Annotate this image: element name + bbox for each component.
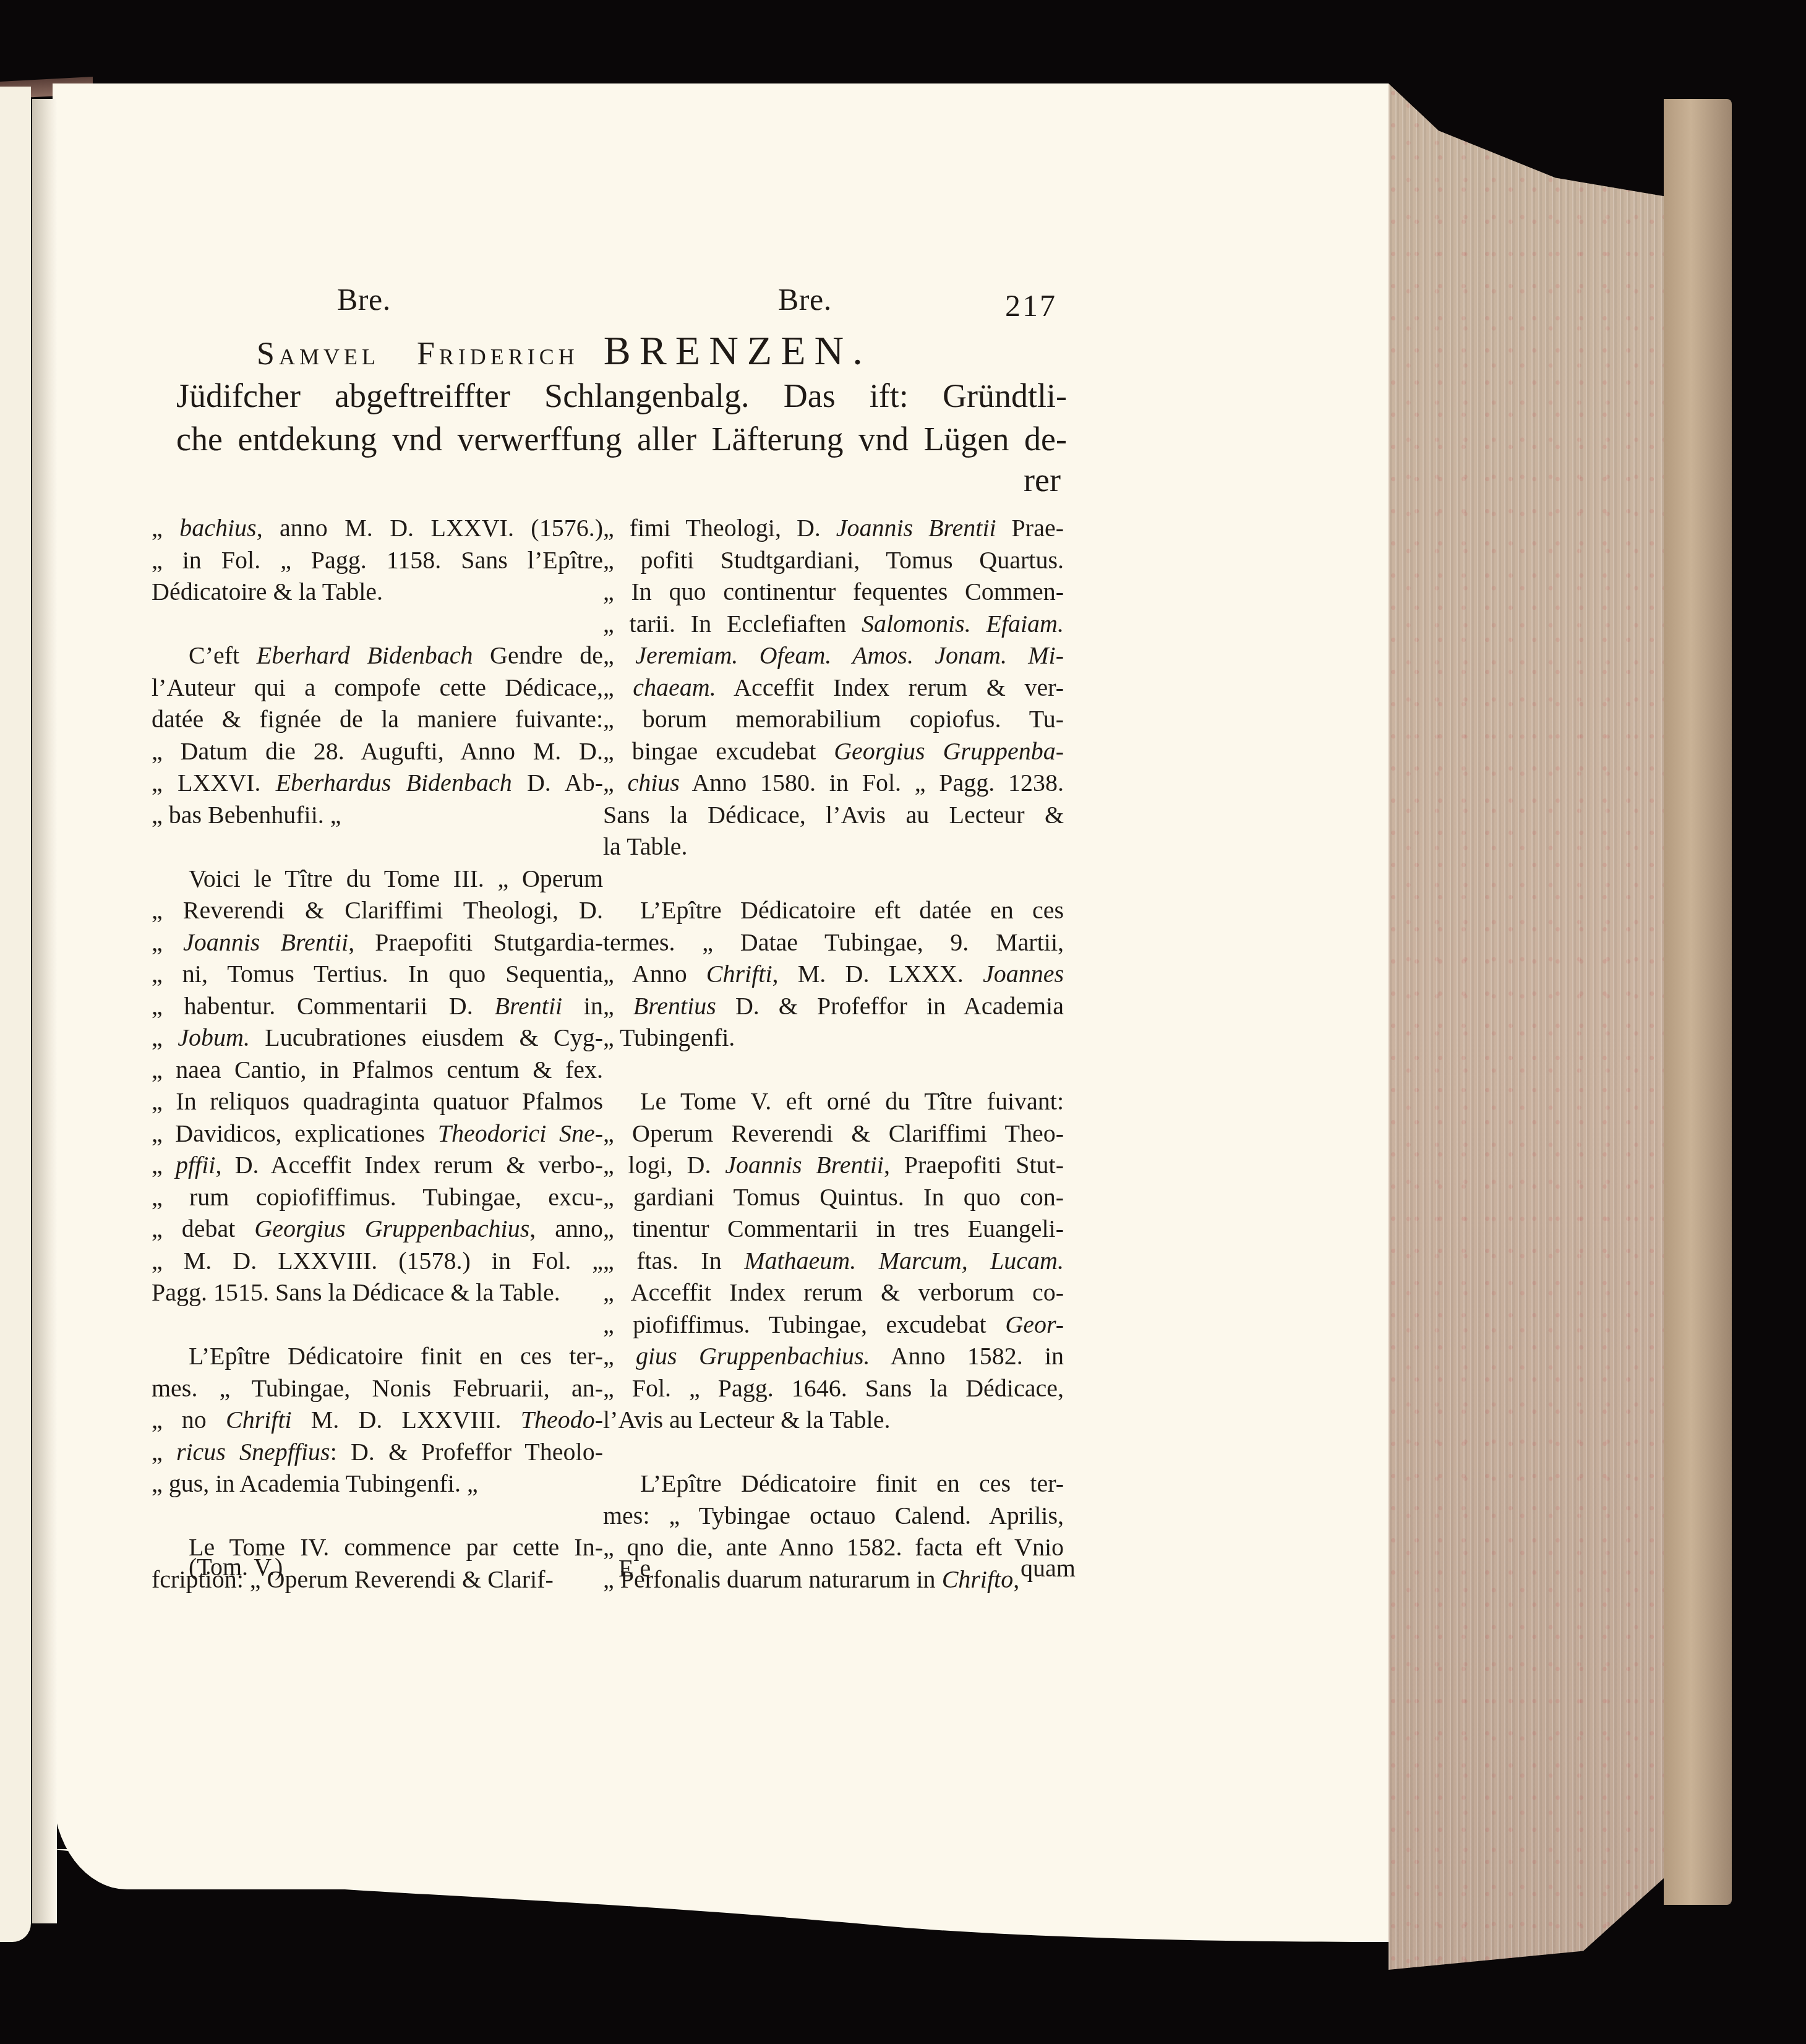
italic-text: Chrifto	[942, 1565, 1014, 1593]
text: „ ftas. In	[603, 1247, 744, 1275]
text: „ piofiffimus. Tubingae, excudebat	[603, 1311, 1005, 1338]
text: „ Datum die 28. Augufti, Anno M. D.	[152, 737, 603, 765]
text: D. Ab-	[512, 769, 603, 797]
work-title-line-3: rer	[1024, 461, 1061, 499]
left-text-line: l’Auteur qui a compofe cette Dédicace,	[152, 672, 603, 704]
text: Gendre de	[473, 641, 603, 669]
text: „	[603, 1342, 636, 1370]
text: ,	[1013, 1565, 1019, 1593]
work-title-line-1: Jüdifcher abgeftreiffter Schlangenbalg. …	[176, 374, 1067, 417]
text: „ Davidicos, explicationes	[152, 1119, 438, 1147]
text: „	[603, 641, 635, 669]
italic-text: Joannis Brentii	[836, 514, 996, 542]
text: „ rum copiofiffimus. Tubingae, excu-	[152, 1183, 603, 1211]
left-text-line: „ In reliquos quadraginta quatuor Pfalmo…	[152, 1085, 603, 1118]
left-text-line: mes. „ Tubingae, Nonis Februarii, an-	[152, 1372, 603, 1405]
italic-text: Jobum.	[178, 1024, 250, 1051]
text: „ Tubingenfi.	[603, 1024, 735, 1051]
left-text-line: „ ni, Tomus Tertius. In quo Sequentia	[152, 958, 603, 990]
right-text-line: „ borum memorabilium copiofus. Tu-	[603, 703, 1064, 735]
text: L’Epître Dédicatoire eft datée en ces	[640, 896, 1064, 924]
right-text-line: „ chius Anno 1580. in Fol. „ Pagg. 1238.	[603, 767, 1064, 799]
text: Le Tome V. eft orné du Tître fuivant:	[640, 1087, 1064, 1115]
text: M. D. LXXVIII.	[292, 1406, 521, 1434]
text: , D. Acceffit Index rerum & verbo-	[215, 1151, 603, 1179]
right-text-line: „ Tubingenfi.	[603, 1022, 1064, 1054]
italic-text: Chrifti	[226, 1406, 292, 1434]
gutter-shadow	[32, 99, 57, 1923]
text: „ Operum Reverendi & Clariffimi Theo-	[603, 1119, 1064, 1147]
text: termes. „ Datae Tubingae, 9. Martii,	[603, 928, 1064, 956]
text: „ logi, D.	[603, 1151, 725, 1179]
left-text-line: Dédicatoire & la Table.	[152, 576, 603, 608]
paragraph-gap	[152, 608, 603, 640]
italic-text: Theodorici Sne-	[438, 1119, 603, 1147]
paragraph-gap	[152, 1500, 603, 1532]
text: „	[603, 769, 628, 797]
text: „ bas Bebenhufii. „	[152, 801, 341, 829]
text: „	[152, 1438, 176, 1466]
left-column: „ bachius, anno M. D. LXXVI. (1576.)„ in…	[152, 512, 603, 1595]
italic-text: gius Gruppenbachius.	[636, 1342, 870, 1370]
italic-text: Jeremiam. Ofeam. Amos. Jonam. Mi-	[635, 641, 1064, 669]
left-text-line: „ rum copiofiffimus. Tubingae, excu-	[152, 1181, 603, 1213]
right-text-line: „ In quo continentur fequentes Commen-	[603, 576, 1064, 608]
left-text-line: „ habentur. Commentarii D. Brentii in	[152, 990, 603, 1022]
left-text-line: „ pffii, D. Acceffit Index rerum & verbo…	[152, 1149, 603, 1181]
text: „	[152, 514, 179, 542]
right-text-line: L’Epître Dédicatoire eft datée en ces	[603, 894, 1064, 926]
right-text-line: „ gardiani Tomus Quintus. In quo con-	[603, 1181, 1064, 1213]
text: „ pofiti Studtgardiani, Tomus Quartus.	[603, 546, 1064, 574]
text: , M. D. LXXX.	[772, 960, 983, 988]
left-text-line: L’Epître Dédicatoire finit en ces ter-	[152, 1340, 603, 1372]
right-text-line: mes: „ Tybingae octauo Calend. Aprilis,	[603, 1500, 1064, 1532]
italic-text: Georgius Gruppenba-	[834, 737, 1064, 765]
right-text-line: „ bingae excudebat Georgius Gruppenba-	[603, 735, 1064, 768]
text: Prae-	[996, 514, 1064, 542]
catchword-right: quam	[1021, 1554, 1076, 1583]
italic-text: ricus Snepffius	[176, 1438, 330, 1466]
text: Acceffit Index rerum & ver-	[716, 673, 1064, 701]
left-text-line: „ Datum die 28. Augufti, Anno M. D.	[152, 735, 603, 768]
right-text-line: „ logi, D. Joannis Brentii, Praepofiti S…	[603, 1149, 1064, 1181]
left-text-line: „ Jobum. Lucubrationes eiusdem & Cyg-	[152, 1022, 603, 1054]
author-middle-name: Friderich	[417, 336, 579, 372]
right-text-line: Le Tome V. eft orné du Tître fuivant:	[603, 1085, 1064, 1118]
signature-mark: E e	[618, 1554, 651, 1583]
text: „ in Fol. „ Pagg. 1158. Sans l’Epître	[152, 546, 603, 574]
paragraph-gap	[152, 831, 603, 863]
right-text-line: termes. „ Datae Tubingae, 9. Martii,	[603, 926, 1064, 959]
right-text-line: „ fimi Theologi, D. Joannis Brentii Prae…	[603, 512, 1064, 544]
right-text-line: „ Jeremiam. Ofeam. Amos. Jonam. Mi-	[603, 639, 1064, 672]
italic-text: Eberhard Bidenbach	[257, 641, 473, 669]
left-text-line: „ LXXVI. Eberhardus Bidenbach D. Ab-	[152, 767, 603, 799]
left-text-line: „ Davidicos, explicationes Theodorici Sn…	[152, 1118, 603, 1150]
text: Sans la Dédicace, l’Avis au Lecteur &	[603, 801, 1064, 829]
left-text-line: „ debat Georgius Gruppenbachius, anno	[152, 1213, 603, 1245]
left-text-line: „ naea Cantio, in Pfalmos centum & fex.	[152, 1054, 603, 1086]
italic-text: Eberhardus Bidenbach	[276, 769, 512, 797]
italic-text: Joannes	[983, 960, 1064, 988]
left-text-line: „ bas Bebenhufii. „	[152, 799, 603, 831]
text: „ Acceffit Index rerum & verborum co-	[603, 1278, 1064, 1306]
author-first-name: Samvel	[257, 336, 380, 372]
left-text-line: C’eft Eberhard Bidenbach Gendre de	[152, 639, 603, 672]
italic-text: Theodo-	[521, 1406, 603, 1434]
text: Pagg. 1515. Sans la Dédicace & la Table.	[152, 1278, 560, 1306]
text: in	[562, 992, 603, 1020]
facing-page-edge	[0, 87, 31, 1942]
left-text-line: „ Joannis Brentii, Praepofiti Stutgardia…	[152, 926, 603, 959]
italic-text: Mathaeum. Marcum, Lucam.	[744, 1247, 1064, 1275]
right-text-line: „ tarii. In Ecclefiaften Salomonis. Efai…	[603, 608, 1064, 640]
right-text-line: l’Avis au Lecteur & la Table.	[603, 1404, 1064, 1436]
text: Lucubrationes eiusdem & Cyg-	[250, 1024, 603, 1051]
running-head-left: Bre.	[337, 281, 391, 317]
italic-text: Chrifti	[706, 960, 772, 988]
right-text-line: „ Brentius D. & Profeffor in Academia	[603, 990, 1064, 1022]
italic-text: Georgius Gruppenbachius	[254, 1215, 529, 1242]
italic-text: pffii	[176, 1151, 215, 1179]
text: „ ni, Tomus Tertius. In quo Sequentia	[152, 960, 603, 988]
left-text-line: „ gus, in Academia Tubingenfi. „	[152, 1468, 603, 1500]
text: L’Epître Dédicatoire finit en ces ter-	[189, 1342, 603, 1370]
text: Dédicatoire & la Table.	[152, 578, 383, 605]
text: „ Reverendi & Clariffimi Theologi, D.	[152, 896, 603, 924]
text: l’Avis au Lecteur & la Table.	[603, 1406, 890, 1434]
italic-text: chaeam.	[633, 673, 716, 701]
text: „ no	[152, 1406, 226, 1434]
text: datée & fignée de la maniere fuivante:	[152, 705, 603, 733]
right-text-line: „ piofiffimus. Tubingae, excudebat Geor-	[603, 1309, 1064, 1341]
right-text-line: „ pofiti Studtgardiani, Tomus Quartus.	[603, 544, 1064, 576]
page-number: 217	[1005, 288, 1057, 323]
left-text-line: „ bachius, anno M. D. LXXVI. (1576.)	[152, 512, 603, 544]
entry-title: Samvel Friderich BRENZEN.	[257, 328, 871, 375]
text: Anno 1580. in Fol. „ Pagg. 1238.	[680, 769, 1064, 797]
author-surname: BRENZEN.	[604, 328, 871, 374]
italic-text: Brentius	[633, 992, 716, 1020]
text: „ habentur. Commentarii D.	[152, 992, 495, 1020]
italic-text: Brentii	[495, 992, 563, 1020]
right-text-line: „ tinentur Commentarii in tres Euangeli-	[603, 1213, 1064, 1245]
text: „	[603, 992, 633, 1020]
italic-text: Joannis Brentii	[725, 1151, 884, 1179]
italic-text: bachius	[179, 514, 256, 542]
italic-text: Geor-	[1005, 1311, 1064, 1338]
text: , Praepofiti Stutgardia-	[348, 928, 603, 956]
text: „ gus, in Academia Tubingenfi. „	[152, 1469, 478, 1497]
left-text-line: datée & fignée de la maniere fuivante:	[152, 703, 603, 735]
paragraph-gap	[603, 1054, 1064, 1086]
right-text-line: „ Operum Reverendi & Clariffimi Theo-	[603, 1118, 1064, 1150]
left-text-line: „ Reverendi & Clariffimi Theologi, D.	[152, 894, 603, 926]
italic-text: Salomonis. Efaiam.	[862, 610, 1064, 638]
text: D. & Profeffor in Academia	[716, 992, 1064, 1020]
text: „ In quo continentur fequentes Commen-	[603, 578, 1064, 605]
text: la Table.	[603, 832, 687, 860]
text: mes: „ Tybingae octauo Calend. Aprilis,	[603, 1502, 1064, 1529]
right-text-line: „ ftas. In Mathaeum. Marcum, Lucam.	[603, 1245, 1064, 1277]
paragraph-gap	[603, 863, 1064, 895]
left-text-line: Voici le Tître du Tome III. „ Operum	[152, 863, 603, 895]
text: „ Anno	[603, 960, 706, 988]
italic-text: Joannis Brentii	[183, 928, 348, 956]
right-text-line: „ Acceffit Index rerum & verborum co-	[603, 1276, 1064, 1309]
text: „	[152, 1151, 176, 1179]
right-text-line: „ chaeam. Acceffit Index rerum & ver-	[603, 672, 1064, 704]
right-text-line: „ Perfonalis duarum naturarum in Chrifto…	[603, 1563, 1064, 1596]
right-column: „ fimi Theologi, D. Joannis Brentii Prae…	[603, 512, 1064, 1595]
left-text-line: „ in Fol. „ Pagg. 1158. Sans l’Epître	[152, 544, 603, 576]
text: „ debat	[152, 1215, 254, 1242]
text: „ naea Cantio, in Pfalmos centum & fex.	[152, 1056, 603, 1084]
text: , anno M. D. LXXVI. (1576.)	[257, 514, 603, 542]
right-text-line: „ qno die, ante Anno 1582. facta eft Vni…	[603, 1531, 1064, 1563]
text: „ fimi Theologi, D.	[603, 514, 836, 542]
left-text-line: „ M. D. LXXVIII. (1578.) in Fol. „	[152, 1245, 603, 1277]
catchword-left: (Tom. V.)	[189, 1552, 283, 1581]
page-block-fore-edge	[1389, 83, 1667, 1970]
left-text-line: „ ricus Snepffius: D. & Profeffor Theolo…	[152, 1436, 603, 1468]
text: „ LXXVI.	[152, 769, 276, 797]
page-bottom-edge	[53, 1849, 1389, 1954]
text: „	[603, 673, 633, 701]
text: L’Epître Dédicatoire finit en ces ter-	[640, 1469, 1064, 1497]
right-text-line: „ gius Gruppenbachius. Anno 1582. in	[603, 1340, 1064, 1372]
work-title-line-2: che entdekung vnd verwerffung aller Läft…	[176, 417, 1067, 461]
text: „	[152, 1024, 178, 1051]
text: „ bingae excudebat	[603, 737, 834, 765]
text: „ tarii. In Ecclefiaften	[603, 610, 862, 638]
italic-text: chius	[628, 769, 680, 797]
text: , anno	[529, 1215, 603, 1242]
text: „ M. D. LXXVIII. (1578.) in Fol. „	[152, 1247, 603, 1275]
left-text-line: Pagg. 1515. Sans la Dédicace & la Table.	[152, 1276, 603, 1309]
text: „ In reliquos quadraginta quatuor Pfalmo…	[152, 1087, 603, 1115]
text: : D. & Profeffor Theolo-	[330, 1438, 603, 1466]
right-text-line: „ Anno Chrifti, M. D. LXXX. Joannes	[603, 958, 1064, 990]
text: , Praepofiti Stut-	[884, 1151, 1064, 1179]
text: „ gardiani Tomus Quintus. In quo con-	[603, 1183, 1064, 1211]
right-text-line: Sans la Dédicace, l’Avis au Lecteur &	[603, 799, 1064, 831]
paragraph-gap	[152, 1309, 603, 1341]
right-text-line: „ Fol. „ Pagg. 1646. Sans la Dédicace,	[603, 1372, 1064, 1405]
running-head-center: Bre.	[778, 281, 832, 317]
left-text-line: „ no Chrifti M. D. LXXVIII. Theodo-	[152, 1404, 603, 1436]
text: l’Auteur qui a compofe cette Dédicace,	[152, 673, 603, 701]
text: „ tinentur Commentarii in tres Euangeli-	[603, 1215, 1064, 1242]
paragraph-gap	[603, 1436, 1064, 1468]
text: „ Fol. „ Pagg. 1646. Sans la Dédicace,	[603, 1374, 1064, 1402]
text: „ borum memorabilium copiofus. Tu-	[603, 705, 1064, 733]
book-cover-edge	[1664, 99, 1732, 1905]
text: „	[152, 928, 183, 956]
text: C’eft	[189, 641, 257, 669]
right-text-line: L’Epître Dédicatoire finit en ces ter-	[603, 1468, 1064, 1500]
text: „ Perfonalis duarum naturarum in	[603, 1565, 942, 1593]
right-text-line: la Table.	[603, 831, 1064, 863]
text: Voici le Tître du Tome III. „ Operum	[189, 865, 603, 892]
text: „ qno die, ante Anno 1582. facta eft Vni…	[603, 1533, 1064, 1561]
text: Anno 1582. in	[870, 1342, 1064, 1370]
text: mes. „ Tubingae, Nonis Februarii, an-	[152, 1374, 603, 1402]
